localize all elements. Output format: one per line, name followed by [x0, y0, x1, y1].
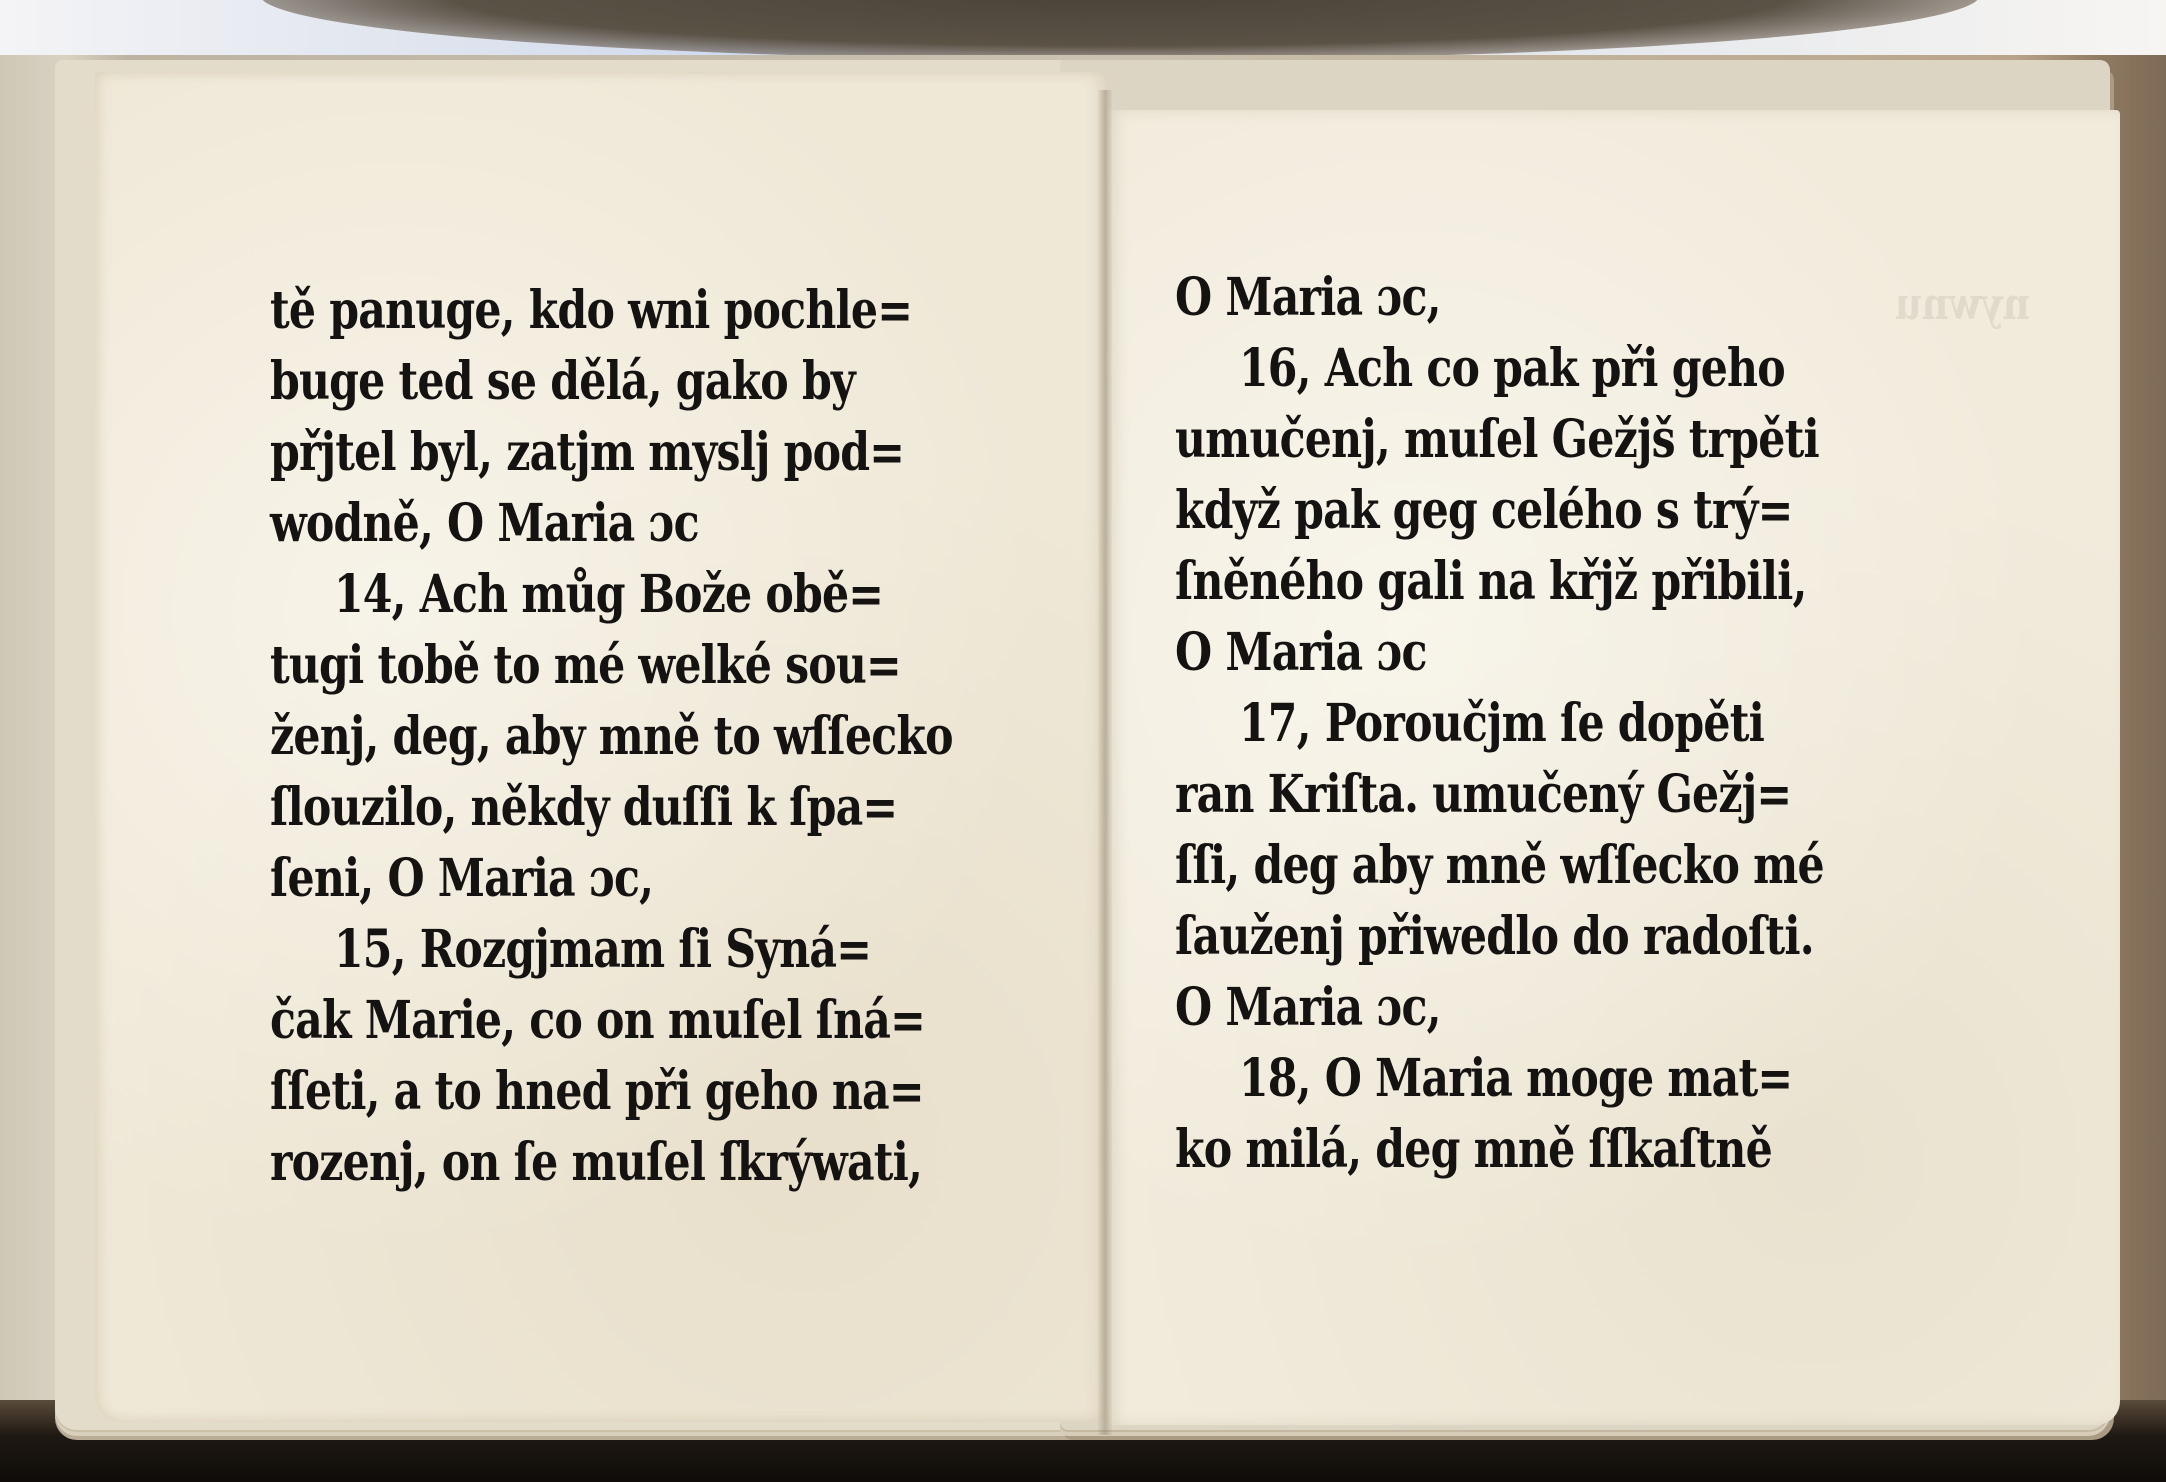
text-line: ko milá, deg mně ſſkaſtně [1175, 1114, 1823, 1185]
text-line: když pak geg celého s trý= [1175, 475, 1823, 546]
text-line: buge ted se dělá, gako by [270, 346, 910, 417]
verse-16-start: 16, Ach co pak při geho [1175, 333, 1823, 404]
verse-14-start: 14, Ach můg Bože obě= [270, 559, 910, 630]
text-line: ran Kriſta. umučený Gežj= [1175, 759, 1823, 830]
text-line: O Maria ɔc, [1175, 262, 1823, 333]
right-page-text: O Maria ɔc, 16, Ach co pak při geho umuč… [1175, 262, 1965, 1185]
text-line: tě panuge, kdo wni pochle= [270, 275, 910, 346]
text-line: přjtel byl, zatjm myslj pod= [270, 417, 910, 488]
text-line: ſlouzilo, někdy duſſi k ſpa= [270, 772, 910, 843]
verse-18-start: 18, O Maria moge mat= [1175, 1043, 1823, 1114]
text-line: ſeni, O Maria ɔc, [270, 843, 910, 914]
text-line: wodně, O Maria ɔc [270, 488, 910, 559]
text-line: ſſeti, a to hned při geho na= [270, 1056, 910, 1127]
text-line: ſſi, deg aby mně wſſecko mé [1175, 830, 1823, 901]
book-gutter [1098, 90, 1112, 1435]
text-line: O Maria ɔc, [1175, 972, 1823, 1043]
text-line: O Maria ɔc [1175, 617, 1823, 688]
text-line: čak Marie, co on muſel ſná= [270, 985, 910, 1056]
text-line: ſněného gali na křjž přibili, [1175, 546, 1823, 617]
text-line: ſauženj přiwedlo do radoſti. [1175, 901, 1823, 972]
text-line: umučenj, muſel Gežjš trpěti [1175, 404, 1823, 475]
text-line: rozenj, on ſe muſel ſkrýwati, [270, 1127, 910, 1198]
verse-15-start: 15, Rozgjmam ſi Syná= [270, 914, 910, 985]
text-line: tugi tobě to mé welké sou= [270, 630, 910, 701]
left-page-text: tě panuge, kdo wni pochle= buge ted se d… [270, 275, 1050, 1198]
verse-17-start: 17, Poroučjm ſe dopěti [1175, 688, 1823, 759]
text-line: ženj, deg, aby mně to wſſecko [270, 701, 910, 772]
